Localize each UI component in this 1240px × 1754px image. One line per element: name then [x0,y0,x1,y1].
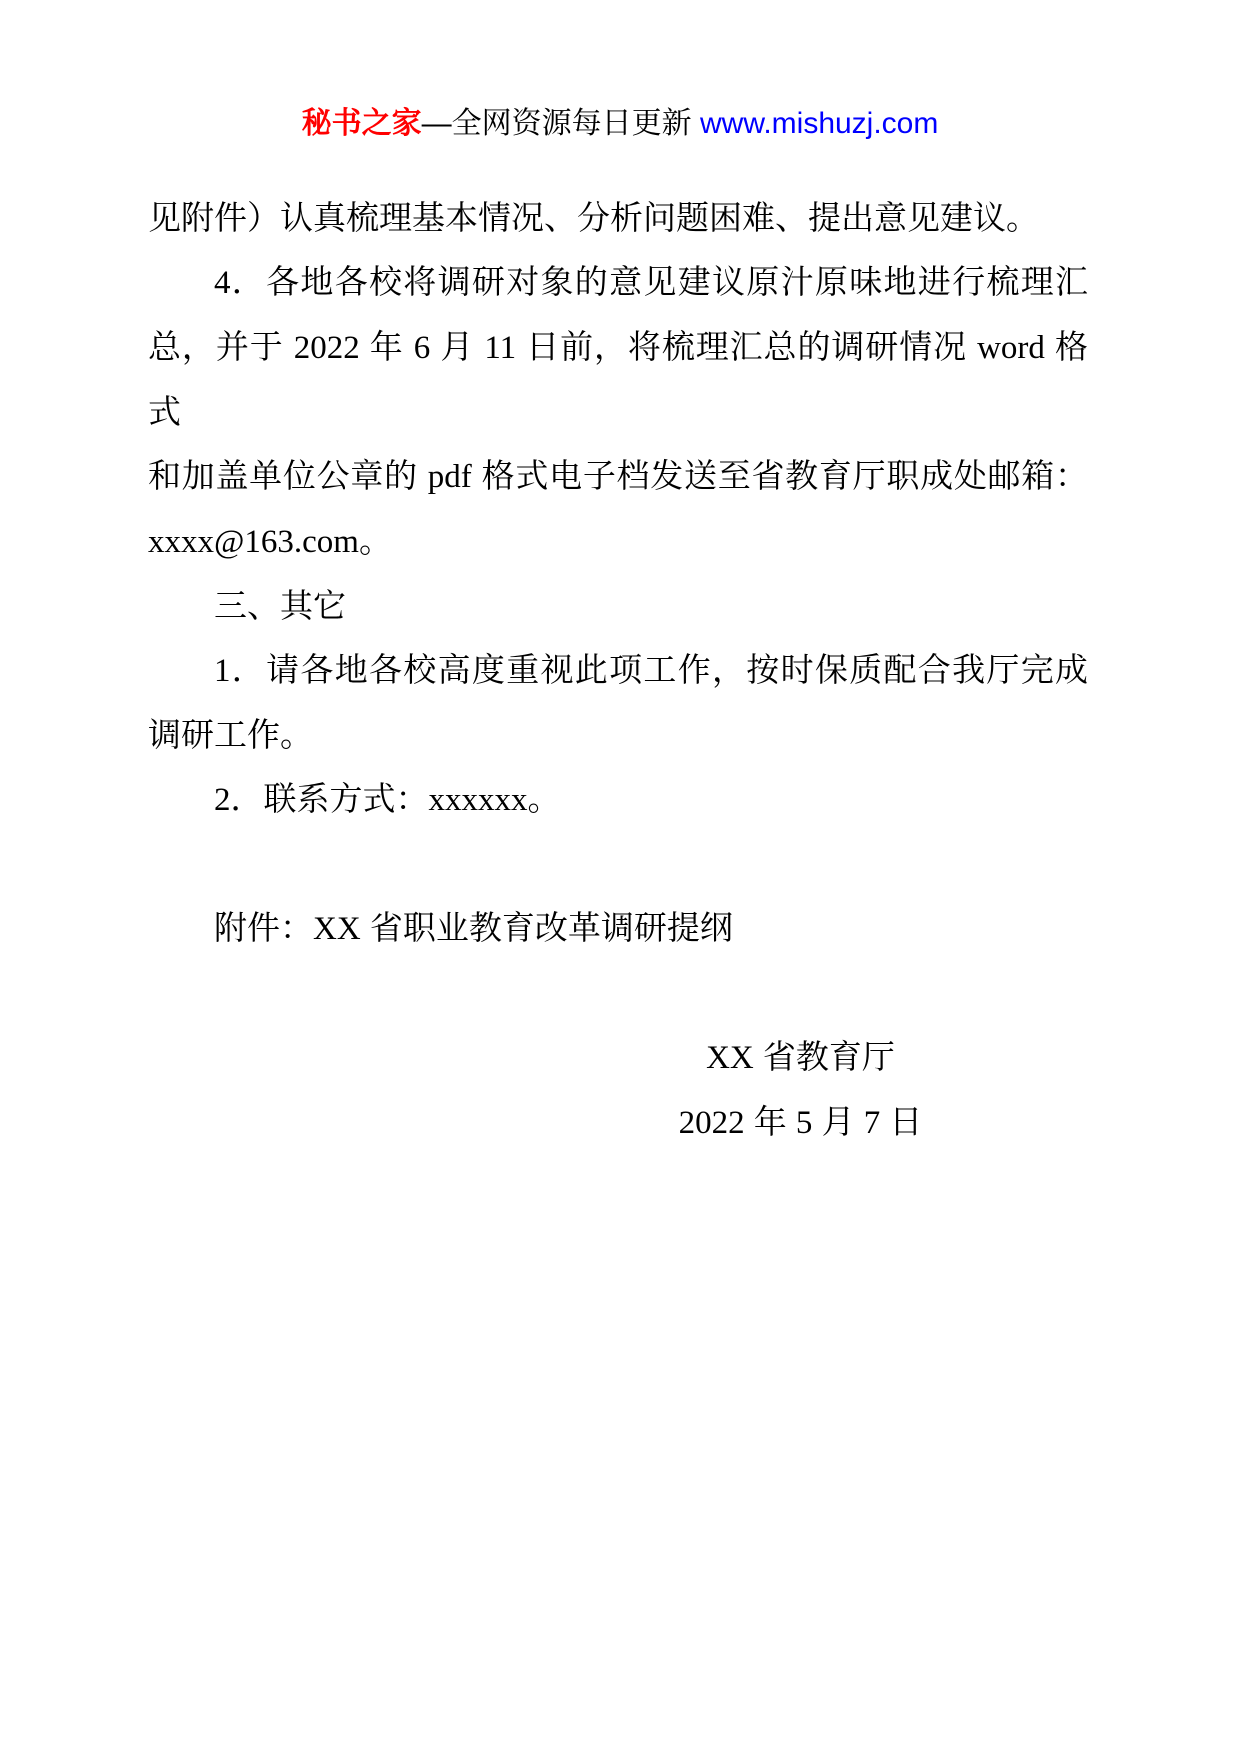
latin-text-run: 5 [796,1105,813,1141]
latin-text-run: 4 [214,265,231,301]
document-page: 秘书之家—全网资源每日更新 www.mishuzj.com 见附件）认真梳理基本… [0,0,1240,1754]
document-body: 见附件）认真梳理基本情况、分析问题困难、提出意见建议。4．各地各校将调研对象的意… [148,186,1088,1155]
latin-text-run: 11 [484,330,516,366]
blank-line [148,832,1088,896]
text-line: 1．请各地各校高度重视此项工作，按时保质配合我厅完成 [148,638,1088,703]
latin-text-run: 1 [214,653,231,689]
latin-text-run: 6 [414,330,431,366]
latin-text-run: xxxx@163.com [148,524,359,560]
text-line: XX 省教育厅 [513,1025,1088,1090]
text-line: 4．各地各校将调研对象的意见建议原汁原味地进行梳理汇 [148,250,1088,315]
latin-text-run: 7 [864,1105,881,1141]
latin-text-run: XX [313,911,361,947]
latin-text-run: pdf [428,459,472,495]
text-line: 调研工作。 [148,703,1088,767]
text-line: 附件：XX 省职业教育改革调研提纲 [148,896,1088,961]
text-line: 三、其它 [148,574,1088,638]
latin-text-run: 2022 [294,330,360,366]
latin-text-run: 2022 [679,1105,745,1141]
latin-text-run: word [977,330,1045,366]
text-line: 2．联系方式：xxxxxx。 [148,767,1088,832]
blank-line [148,961,1088,1025]
page-header: 秘书之家—全网资源每日更新 www.mishuzj.com [0,0,1240,144]
header-url-link[interactable]: www.mishuzj.com [700,107,938,140]
header-tagline-text: —全网资源每日更新 [422,107,700,140]
text-line: xxxx@163.com。 [148,509,1088,574]
latin-text-run: XX [706,1040,754,1076]
text-line: 2022 年 5 月 7 日 [513,1090,1088,1155]
site-name-text: 秘书之家 [302,107,422,140]
latin-text-run: 2 [214,782,231,818]
latin-text-run: xxxxxx [429,782,528,818]
text-line: 总，并于 2022 年 6 月 11 日前，将梳理汇总的调研情况 word 格式 [148,315,1088,444]
text-line: 和加盖单位公章的 pdf 格式电子档发送至省教育厅职成处邮箱： [148,444,1088,509]
text-line: 见附件）认真梳理基本情况、分析问题困难、提出意见建议。 [148,186,1088,250]
